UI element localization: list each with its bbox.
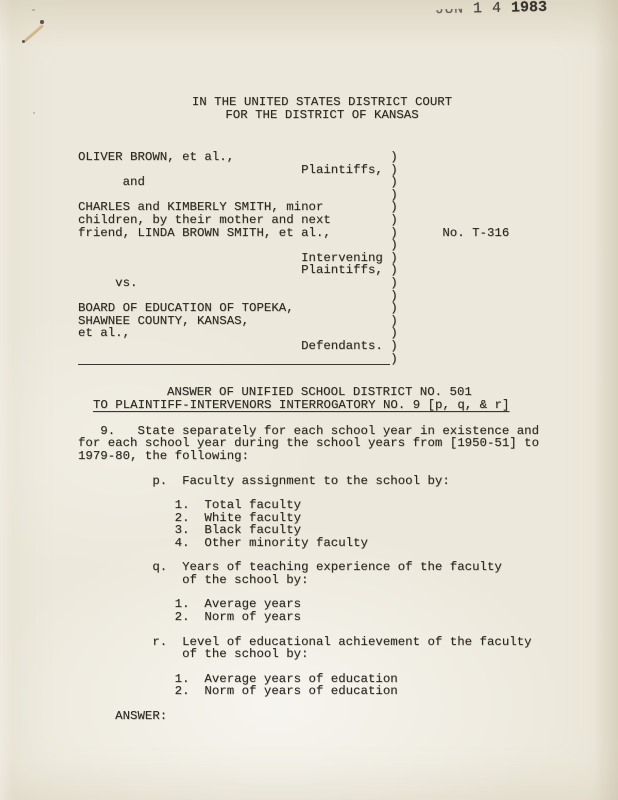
- title-line-2-text: TO PLAINTIFF-INTERVENORS INTERROGATORY N…: [93, 398, 509, 412]
- doc-line: children, by their mother and next ): [78, 214, 509, 227]
- doc-line: of the school by:: [78, 574, 539, 586]
- doc-line: p. Faculty assignment to the school by:: [78, 475, 539, 487]
- staple-mark: [0, 0, 60, 60]
- stamp-year: 1983: [511, 0, 547, 17]
- doc-line: ): [78, 239, 509, 252]
- doc-line: Defendants. ): [78, 340, 509, 353]
- doc-line: q. Years of teaching experience of the f…: [78, 561, 539, 573]
- doc-line: 2. Norm of years: [78, 611, 539, 623]
- case-caption: OLIVER BROWN, et al., ) Plaintiffs, ) an…: [78, 151, 509, 365]
- staple-shadow: [23, 24, 44, 42]
- court-district: FOR THE DISTRICT OF KANSAS: [78, 109, 566, 122]
- doc-line: 1979-80, the following:: [78, 450, 539, 462]
- doc-line: [78, 660, 539, 672]
- doc-line: 1. Average years: [78, 598, 539, 610]
- caption-underline-row: ): [78, 353, 509, 366]
- caption-lines: OLIVER BROWN, et al., ) Plaintiffs, ) an…: [78, 151, 509, 353]
- doc-line: 1. Total faculty: [78, 499, 539, 511]
- doc-line: vs. ): [78, 277, 509, 290]
- doc-line: 2. Norm of years of education: [78, 685, 539, 697]
- caption-rule: [78, 353, 390, 365]
- stamp-day: 1 4: [463, 0, 511, 18]
- doc-line: 4. Other minority faculty: [78, 537, 539, 549]
- document-title: ANSWER OF UNIFIED SCHOOL DISTRICT NO. 50…: [78, 386, 509, 412]
- body-text: 9. State separately for each school year…: [78, 425, 539, 722]
- doc-line: BOARD OF EDUCATION OF TOPEKA, ): [78, 302, 509, 315]
- doc-line: of the school by:: [78, 648, 539, 660]
- staple-end-dot: [22, 40, 26, 44]
- title-line-2: TO PLAINTIFF-INTERVENORS INTERROGATORY N…: [93, 399, 509, 412]
- doc-line: for each school year during the school y…: [78, 437, 539, 449]
- doc-line: 3. Black faculty: [78, 524, 539, 536]
- staple-end-dot: [40, 20, 44, 24]
- caption-closing-paren: ): [390, 352, 397, 366]
- court-name: IN THE UNITED STATES DISTRICT COURT: [78, 96, 566, 109]
- paper-speck: [33, 112, 35, 114]
- date-stamp: JUN 1 4 1983: [435, 0, 547, 17]
- document-page: JUN 1 4 1983 IN THE UNITED STATES DISTRI…: [0, 0, 618, 800]
- doc-line: [78, 462, 539, 474]
- doc-line: OLIVER BROWN, et al., ): [78, 151, 509, 164]
- court-header: IN THE UNITED STATES DISTRICT COURT FOR …: [78, 96, 566, 123]
- stamp-month: JUN: [435, 2, 464, 18]
- doc-line: [78, 623, 539, 635]
- doc-line: and ): [78, 176, 509, 189]
- paper-speck: [32, 9, 35, 11]
- doc-line: ANSWER:: [78, 710, 539, 722]
